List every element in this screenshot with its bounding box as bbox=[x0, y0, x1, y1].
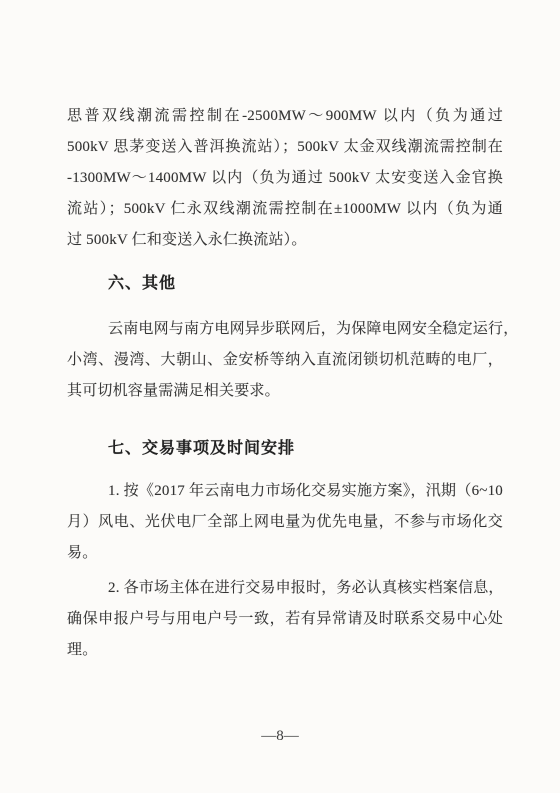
paragraph: 云南电网与南方电网异步联网后，为保障电网安全稳定运行，小湾、漫湾、大朝山、金安桥… bbox=[67, 314, 503, 407]
text-line: 过 500kV 仁和变送入永仁换流站）。 bbox=[67, 225, 503, 256]
text-line: 1. 按《2017 年云南电力市场化交易实施方案》，汛期（6~10 bbox=[67, 476, 503, 507]
section-heading: 六、其他 bbox=[108, 268, 503, 300]
text-line: 500kV 思茅变送入普洱换流站）；500kV 太金双线潮流需控制在 bbox=[67, 132, 503, 163]
text-line: 确保申报户号与用电户号一致，若有异常请及时联系交易中心处 bbox=[67, 604, 503, 635]
paragraph: 2. 各市场主体在进行交易申报时，务必认真核实档案信息，确保申报户号与用电户号一… bbox=[67, 573, 503, 666]
text-line: 理。 bbox=[67, 635, 503, 666]
page-number: —8— bbox=[0, 727, 560, 745]
text-line: 2. 各市场主体在进行交易申报时，务必认真核实档案信息， bbox=[67, 573, 503, 604]
text-line: -1300MW～1400MW 以内（负为通过 500kV 太安变送入金官换 bbox=[67, 163, 503, 194]
text-line: 小湾、漫湾、大朝山、金安桥等纳入直流闭锁切机范畴的电厂， bbox=[67, 345, 503, 376]
paragraph: 思普双线潮流需控制在-2500MW～900MW 以内（负为通过500kV 思茅变… bbox=[67, 101, 503, 256]
text-line: 易。 bbox=[67, 538, 503, 569]
text-line: 月）风电、光伏电厂全部上网电量为优先电量，不参与市场化交 bbox=[67, 507, 503, 538]
paragraph: 1. 按《2017 年云南电力市场化交易实施方案》，汛期（6~10月）风电、光伏… bbox=[67, 476, 503, 569]
text-line: 流站）；500kV 仁永双线潮流需控制在±1000MW 以内（负为通 bbox=[67, 194, 503, 225]
text-line: 其可切机容量需满足相关要求。 bbox=[67, 376, 503, 407]
document-page: 思普双线潮流需控制在-2500MW～900MW 以内（负为通过500kV 思茅变… bbox=[0, 0, 560, 793]
text-line: 云南电网与南方电网异步联网后，为保障电网安全稳定运行， bbox=[67, 314, 503, 345]
section-heading: 七、交易事项及时间安排 bbox=[108, 433, 503, 465]
document-body: 思普双线潮流需控制在-2500MW～900MW 以内（负为通过500kV 思茅变… bbox=[67, 101, 503, 666]
text-line: 思普双线潮流需控制在-2500MW～900MW 以内（负为通过 bbox=[67, 101, 503, 132]
